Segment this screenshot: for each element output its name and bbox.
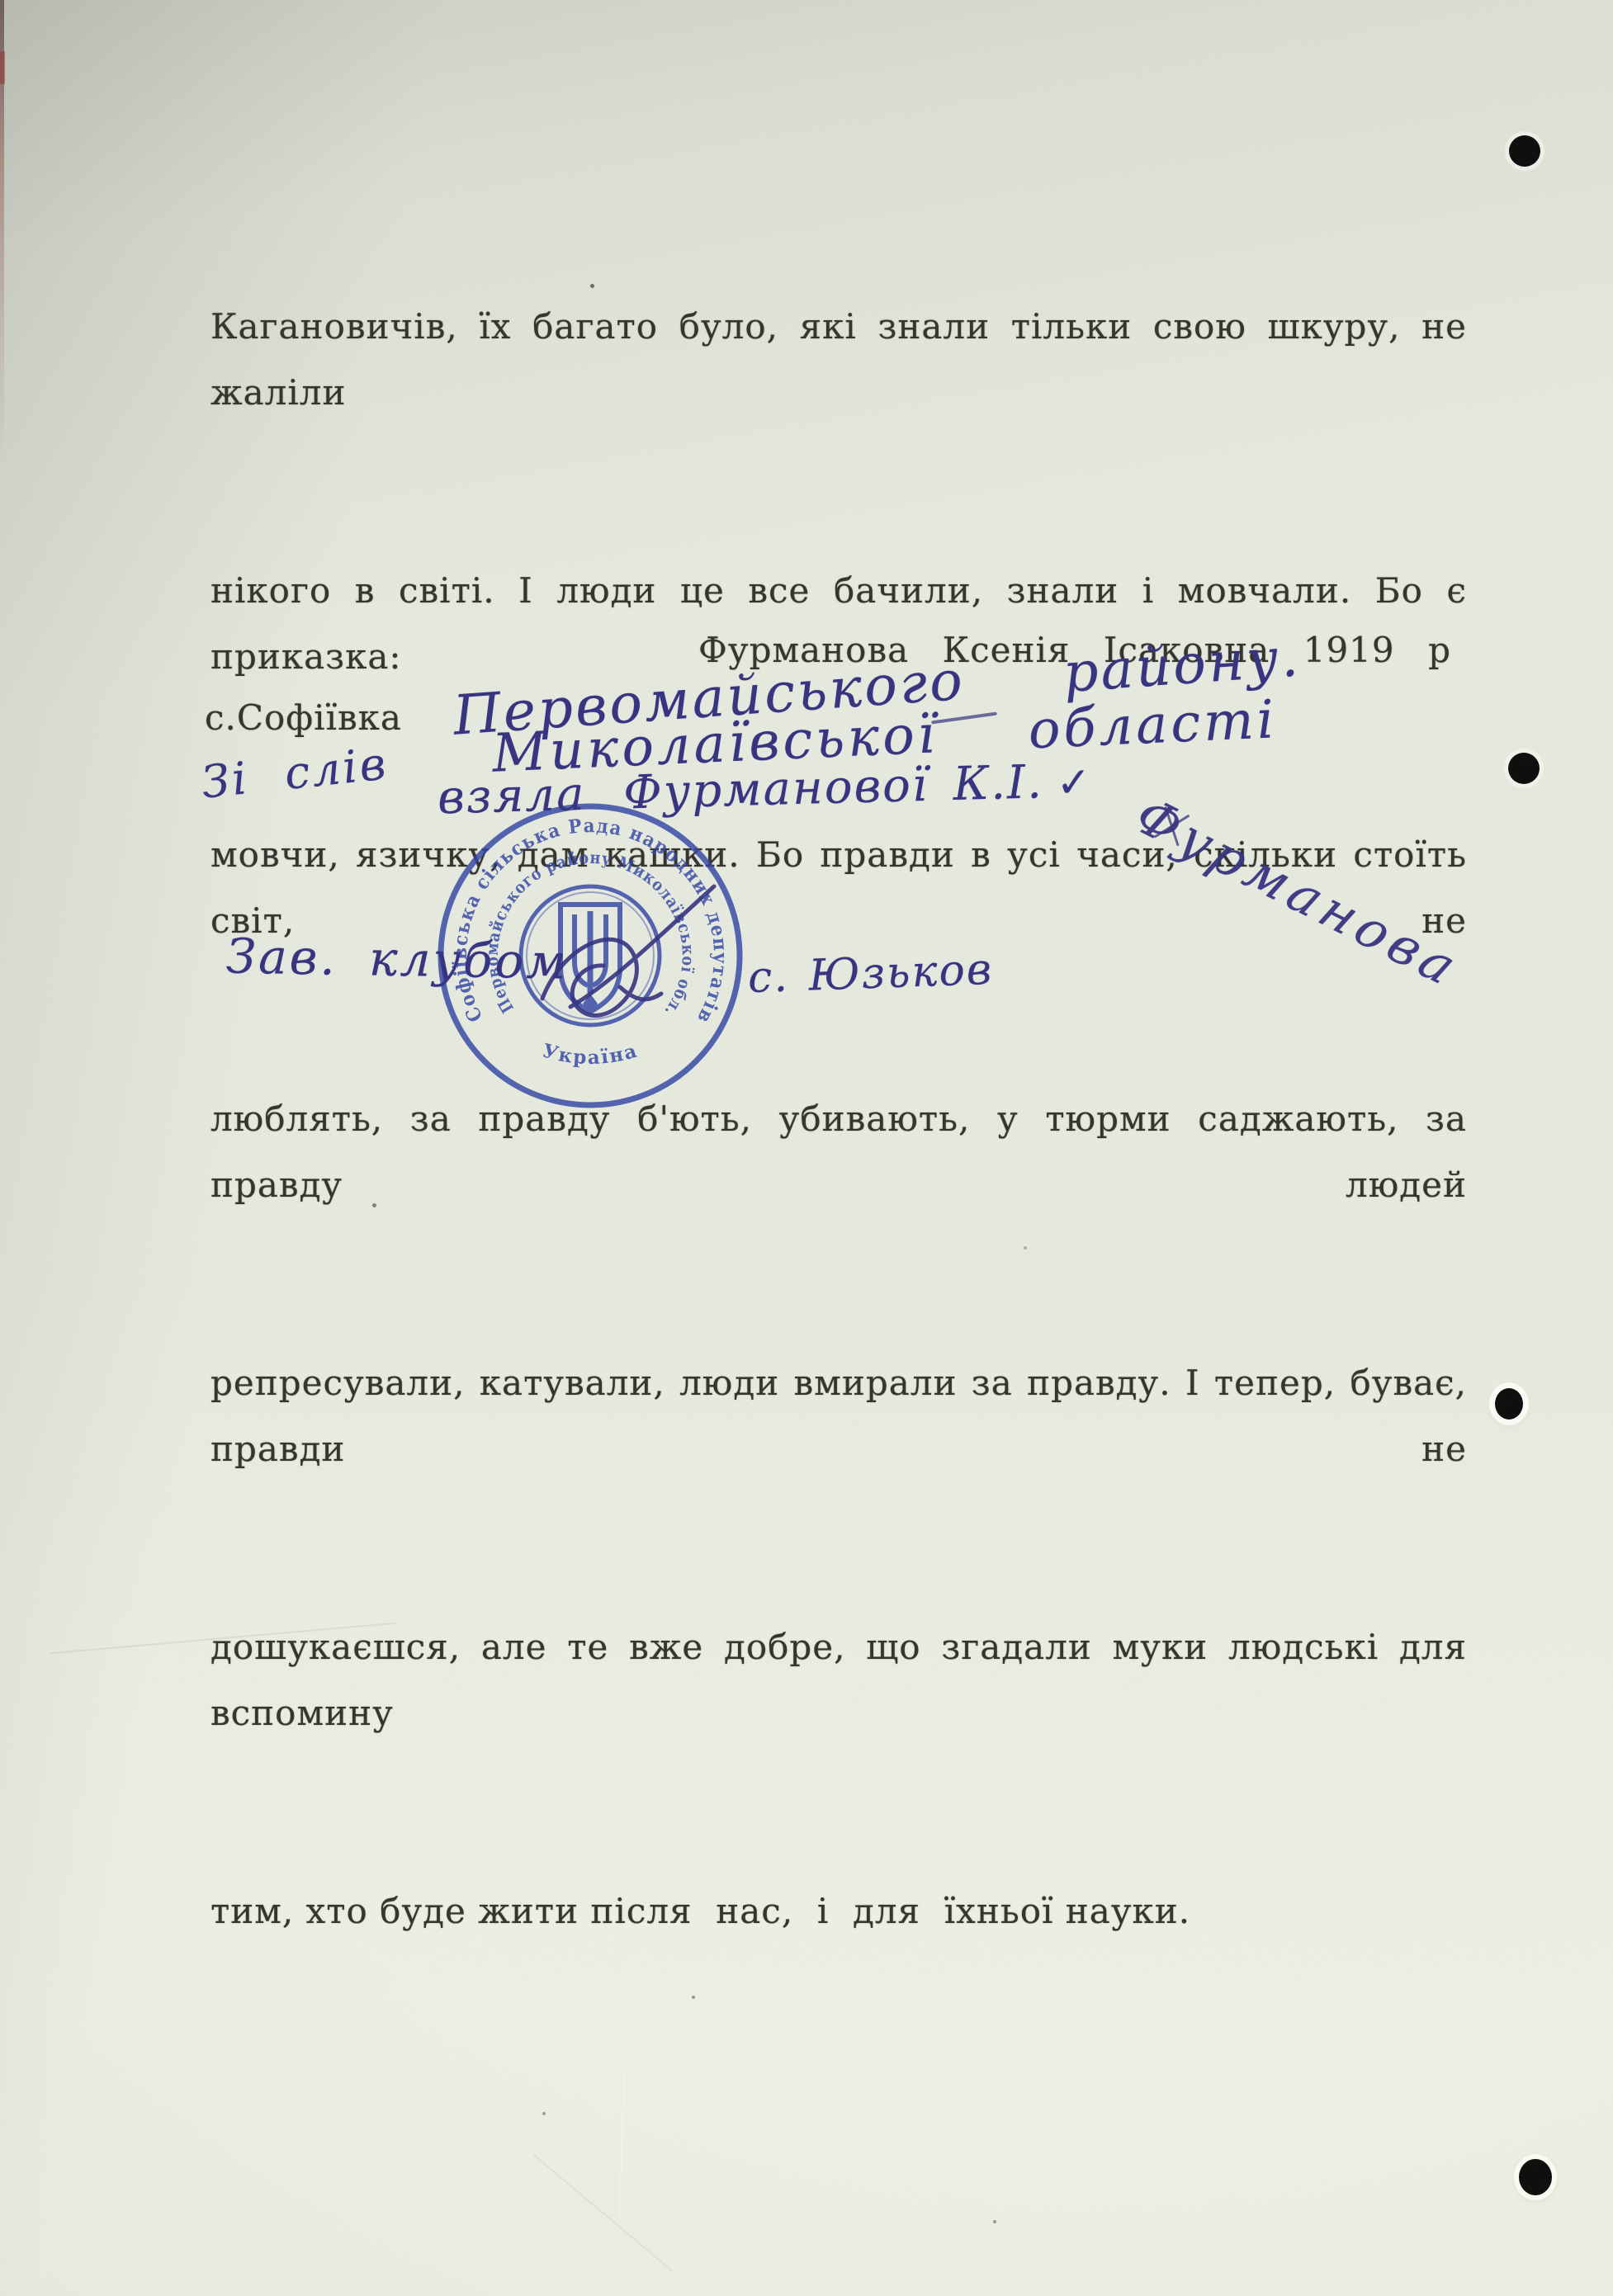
paper-crease xyxy=(532,2154,673,2272)
settlement-name: Юзьков xyxy=(808,945,994,1001)
paper-speck xyxy=(542,2112,546,2115)
paragraph-line: люблять, за правду б'ють, убивають, у тю… xyxy=(210,1086,1467,1218)
hole-punch xyxy=(1495,1388,1523,1420)
ink-speck xyxy=(372,1203,376,1207)
handwritten-settlement-line: с. Юзьков xyxy=(747,945,994,1003)
typed-paragraph: Кагановичів, їх багато було, які знали т… xyxy=(210,162,1467,2076)
paper-speck xyxy=(692,1996,695,1999)
narrator-birth-year: 1919 xyxy=(1303,630,1395,670)
hole-punch xyxy=(1508,753,1540,784)
recorded-surname: Фурманової xyxy=(622,758,929,820)
scanned-document-page: Кагановичів, їх багато було, які знали т… xyxy=(0,0,1613,2296)
from-word1: Зі xyxy=(199,752,251,809)
ink-speck xyxy=(590,284,594,288)
checkmark-icon: ✓ xyxy=(1056,758,1093,807)
year-suffix: р xyxy=(1428,630,1451,670)
position-word2: клубом xyxy=(368,930,569,990)
paragraph-line: репресували, катували, люди вмирали за п… xyxy=(210,1350,1467,1482)
paper-speck xyxy=(993,2220,996,2223)
settlement-abbr: с. xyxy=(747,952,790,1003)
position-word1: Зав. xyxy=(225,928,338,985)
handwritten-position-line: Зав. клубом xyxy=(225,928,569,990)
paragraph-line: дошукаєшся, але те вже добре, що згадали… xyxy=(210,1614,1467,1746)
scan-edge-speck xyxy=(0,51,5,84)
handwritten-region-word2: області xyxy=(1027,689,1278,761)
village-label: с.Софіївка xyxy=(205,697,402,738)
paragraph-line: Кагановичів, їх багато було, які знали т… xyxy=(210,294,1467,426)
from-word2: слів xyxy=(282,737,390,800)
paragraph-line: тим, хто буде жити після нас, і для їхнь… xyxy=(210,1878,1467,1944)
recorded-initials: К.І. xyxy=(953,755,1044,811)
ink-speck xyxy=(1024,1246,1027,1250)
hole-punch xyxy=(1509,135,1540,167)
recorded-verb: взяла xyxy=(437,768,586,825)
hole-punch xyxy=(1519,2159,1552,2195)
